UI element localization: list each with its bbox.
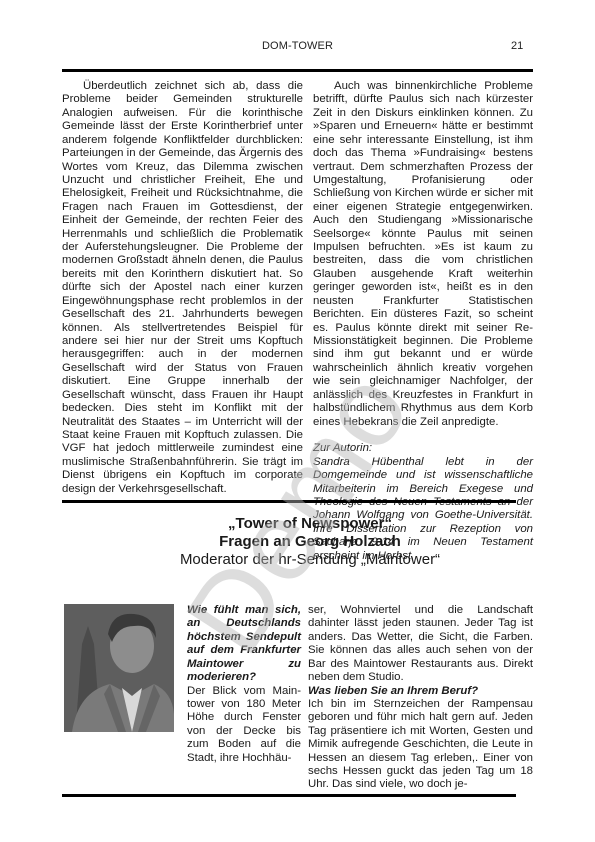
question-1: Wie fühlt man sich, an Deutschlands höch… [187, 604, 301, 685]
question-2: Was lieben Sie an Ihrem Beruf? [308, 685, 533, 698]
answer-1-end: ser, Wohnviertel und die Landschaft dahi… [308, 604, 533, 685]
article1-right-column: Auch was binnenkirchliche Probleme betri… [313, 80, 533, 563]
top-rule [62, 69, 533, 72]
article1-left-paragraph: Überdeutlich zeichnet sich ab, dass die … [62, 80, 303, 496]
page-number: 21 [511, 40, 523, 52]
running-header: DOM-TOWER [0, 40, 595, 52]
article1-left-column: Überdeutlich zeichnet sich ab, dass die … [62, 80, 303, 496]
interview-right-column: ser, Wohnviertel und die Landschaft dahi… [308, 604, 533, 792]
interview-heading: „Tower of Newspower“ Fragen an Georg Hol… [60, 515, 560, 569]
interview-title: „Tower of Newspower“ [60, 515, 560, 533]
answer-1-start: Der Blick vom Main­tower von 180 Meter H… [187, 685, 301, 766]
interview-narrow-column: Wie fühlt man sich, an Deutschlands höch… [187, 604, 301, 765]
paragraph-gap [313, 429, 533, 442]
portrait-illustration-icon [64, 604, 174, 732]
author-label: Zur Autorin: [313, 442, 533, 455]
portrait-photo [64, 604, 174, 732]
bottom-rule [62, 794, 516, 797]
answer-2: Ich bin im Sternzeichen der Rampensau ge… [308, 698, 533, 792]
interview-subtitle: Fragen an Georg Holzach [60, 533, 560, 551]
interview-tagline: Moderator der hr-Sendung „Maintower“ [60, 551, 560, 569]
article1-right-paragraph: Auch was binnenkirchliche Probleme betri… [313, 80, 533, 429]
section-divider-rule [62, 500, 516, 503]
